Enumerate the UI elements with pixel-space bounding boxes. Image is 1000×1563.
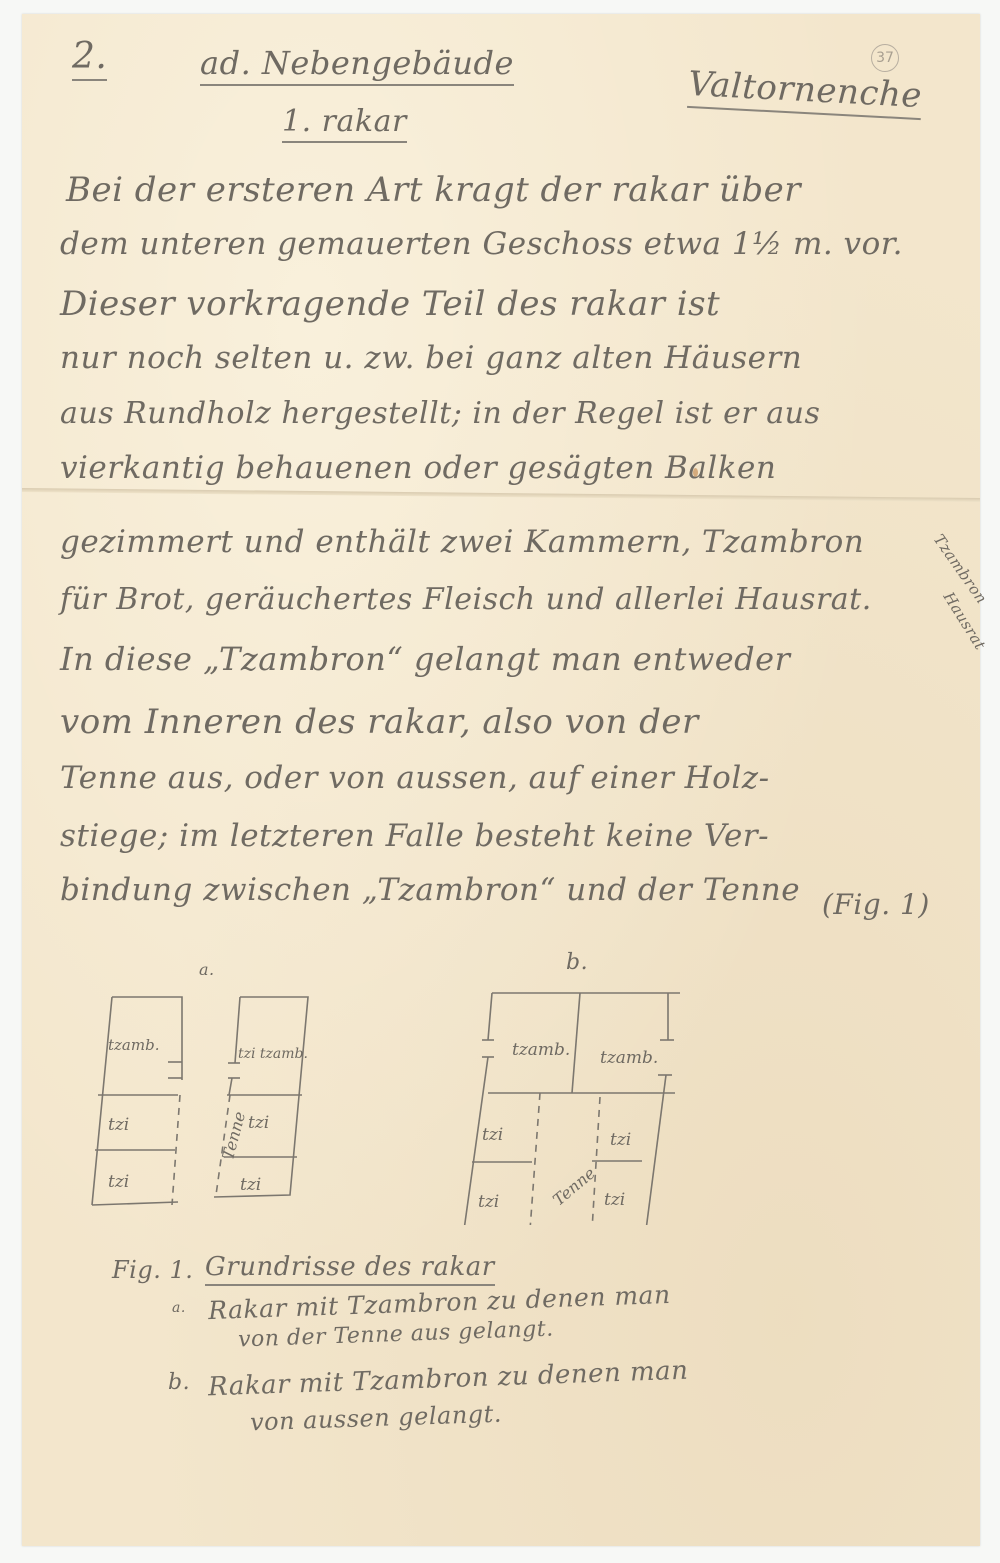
room-label-b-tzamb-left: tzamb. <box>512 1040 570 1060</box>
floor-plan-a: tzamb. tzi tzi tzi tzamb. tzi tzi Tenne <box>80 980 320 1220</box>
body-line-1: Bei der ersteren Art kragt der rakar übe… <box>66 170 801 210</box>
body-line-11: Tenne aus, oder von aussen, auf einer Ho… <box>60 760 770 796</box>
corridor-label-a: Tenne <box>218 1109 249 1161</box>
body-line-6: vierkantig behauenen oder gesägten Balke… <box>60 450 776 486</box>
room-label-b-tzi-left-2: tzi <box>478 1192 499 1212</box>
room-label-a-tzi-left-2: tzi <box>108 1172 129 1192</box>
figure-label-a: a. <box>199 960 215 979</box>
corridor-label-b: Tenne <box>549 1163 599 1209</box>
legend-key-a: a. <box>172 1300 186 1316</box>
figure-reference: (Fig. 1) <box>822 888 930 921</box>
body-line-9: In diese „Tzambron“ gelangt man entweder <box>60 640 790 678</box>
body-line-10: vom Inneren des rakar, also von der <box>60 702 699 742</box>
room-label-b-tzi-right-1: tzi <box>610 1130 631 1150</box>
room-label-a-tzamb-right: tzi tzamb. <box>238 1046 308 1062</box>
body-line-3: Dieser vorkragende Teil des rakar ist <box>60 284 720 324</box>
section-number: 2. <box>72 36 107 81</box>
room-label-b-tzi-right-2: tzi <box>604 1190 625 1210</box>
subsection-title: 1. rakar <box>282 104 407 143</box>
legend-key-b: b. <box>168 1370 190 1395</box>
room-label-a-tzi-left-1: tzi <box>108 1115 129 1135</box>
figure-caption-title: Grundrisse des rakar <box>205 1252 495 1286</box>
page-number: 37 <box>871 44 899 72</box>
body-line-8: für Brot, geräuchertes Fleisch und aller… <box>60 582 872 617</box>
figure-caption-prefix: Fig. 1. <box>112 1256 193 1284</box>
body-line-7: gezimmert und enthält zwei Kammern, Tzam… <box>60 524 864 560</box>
section-title: ad. Nebengebäude <box>200 44 514 86</box>
figure-label-b: b. <box>566 950 588 975</box>
room-label-a-tzi-right-1: tzi <box>248 1113 269 1133</box>
room-label-b-tzamb-right: tzamb. <box>600 1048 658 1068</box>
room-label-a-tzi-right-2: tzi <box>240 1175 261 1195</box>
body-line-12: stiege; im letzteren Falle besteht keine… <box>60 818 769 854</box>
body-line-4: nur noch selten u. zw. bei ganz alten Hä… <box>60 340 802 376</box>
room-label-a-tzamb-left: tzamb. <box>108 1036 159 1054</box>
room-label-b-tzi-left-1: tzi <box>482 1125 503 1145</box>
body-line-13: bindung zwischen „Tzambron“ und der Tenn… <box>60 872 800 908</box>
body-line-5: aus Rundholz hergestellt; in der Regel i… <box>60 396 820 431</box>
floor-plan-b: tzamb. tzamb. tzi tzi tzi tzi Tenne <box>460 985 700 1225</box>
body-line-2: dem unteren gemauerten Geschoss etwa 1½ … <box>60 226 903 262</box>
